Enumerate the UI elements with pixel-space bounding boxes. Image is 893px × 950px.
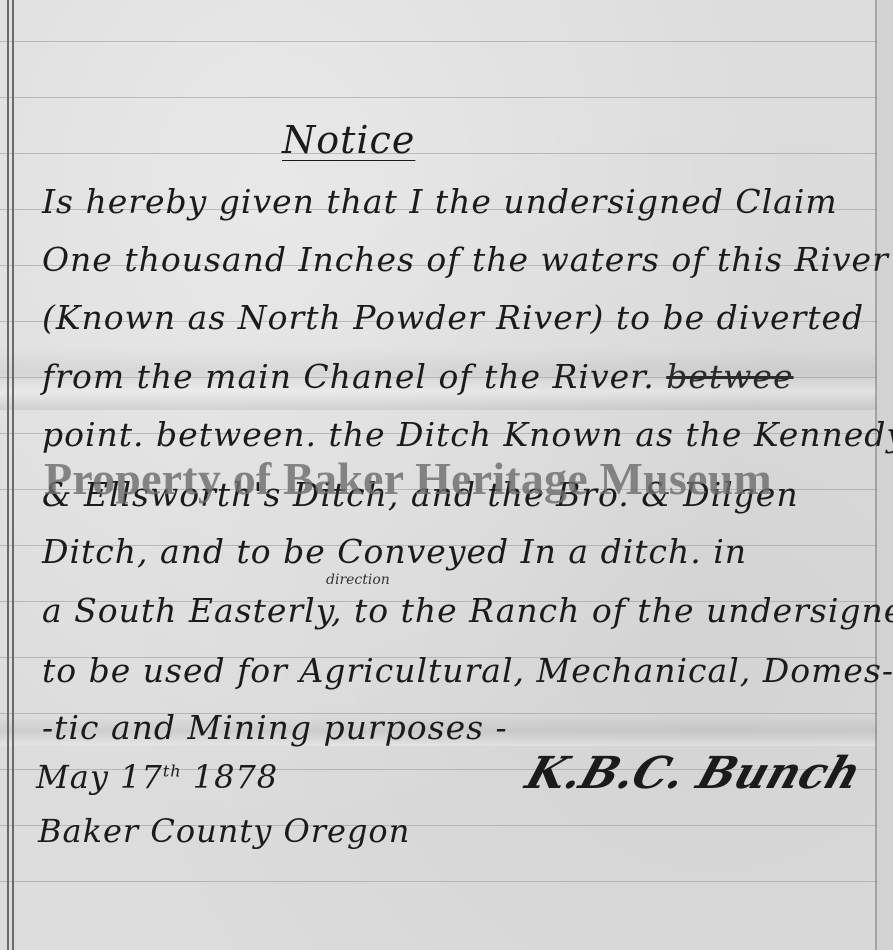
body-line-3: (Known as North Powder River) to be dive…: [42, 298, 864, 338]
date-month-day: May 17: [36, 758, 163, 796]
document-date: May 17th 1878: [36, 758, 278, 796]
struck-word: betwee: [666, 357, 793, 396]
date-year: 1878: [193, 758, 278, 796]
left-margin-rule: [7, 0, 9, 950]
body-line-5: point. between. the Ditch Known as the K…: [42, 415, 893, 455]
document-place: Baker County Oregon: [38, 812, 410, 850]
body-line-9: to be used for Agricultural, Mechanical,…: [42, 651, 893, 691]
body-line-2: One thousand Inches of the waters of thi…: [42, 240, 889, 280]
body-line-1: Is hereby given that I the undersigned C…: [42, 182, 838, 222]
signature: K.B.C. Bunch: [520, 748, 867, 799]
left-margin-rule-inner: [12, 0, 14, 950]
body-line-4: from the main Chanel of the River. betwe…: [42, 357, 794, 397]
body-line-4-text: from the main Chanel of the River.: [42, 357, 655, 396]
document-page: Notice Is hereby given that I the unders…: [0, 0, 893, 950]
inserted-word: direction: [326, 572, 390, 588]
date-ordinal: th: [163, 761, 182, 780]
page-edge: [877, 0, 893, 950]
watermark: Property of Baker Heritage Museum: [44, 452, 772, 505]
body-line-7: Ditch, and to be Conveyed In a ditch. in: [42, 532, 747, 572]
notice-title: Notice: [282, 118, 415, 162]
body-line-8: a South Easterly, to the Ranch of the un…: [42, 591, 893, 631]
body-line-10: -tic and Mining purposes -: [42, 708, 508, 748]
